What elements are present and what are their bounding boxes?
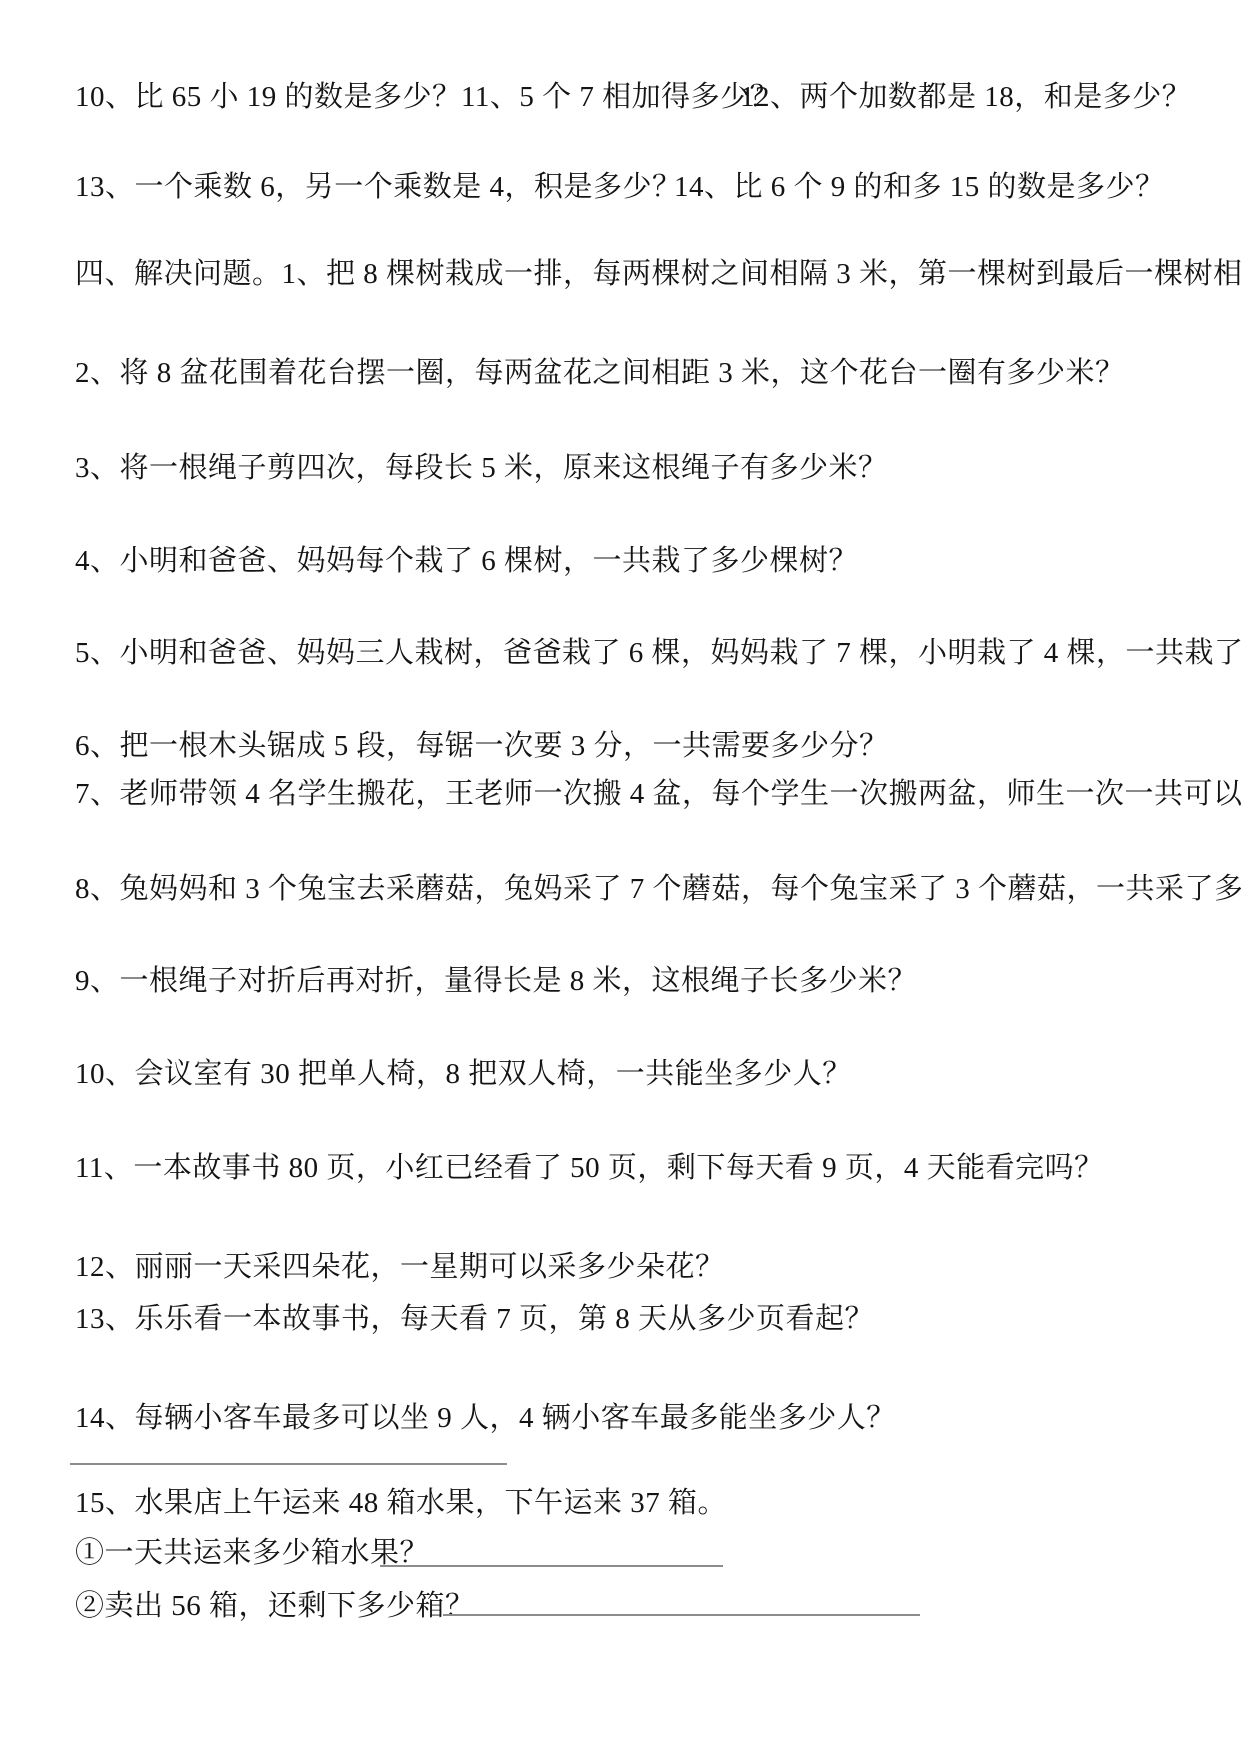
- question-line-p6: 6、把一根木头锯成 5 段，每锯一次要 3 分，一共需要多少分？: [0, 729, 1241, 769]
- question-text-p15-sub1: ①一天共运来多少箱水果？: [75, 1536, 429, 1570]
- question-line-q13-q14: 13、一个乘数 6，另一个乘数是 4，积是多少？14、比 6 个 9 的和多 1…: [0, 170, 1241, 210]
- question-text-section4-p1: 四、解决问题。1、把 8 棵树栽成一排，每两棵树之间相隔 3 米，第一棵树到最后…: [75, 257, 1241, 291]
- question-text-p10: 10、会议室有 30 把单人椅，8 把双人椅，一共能坐多少人？: [75, 1057, 852, 1091]
- question-text-p7: 7、老师带领 4 名学生搬花，王老师一次搬 4 盆，每个学生一次搬两盆，师生一次…: [75, 777, 1241, 811]
- question-line-p9: 9、一根绳子对折后再对折，量得长是 8 米，这根绳子长多少米？: [0, 964, 1241, 1004]
- question-line-p12: 12、丽丽一天采四朵花，一星期可以采多少朵花？: [0, 1250, 1241, 1290]
- question-line-p7: 7、老师带领 4 名学生搬花，王老师一次搬 4 盆，每个学生一次搬两盆，师生一次…: [0, 777, 1241, 817]
- question-line-p5: 5、小明和爸爸、妈妈三人栽树，爸爸栽了 6 棵，妈妈栽了 7 棵，小明栽了 4 …: [0, 636, 1241, 676]
- question-line-section4-p1: 四、解决问题。1、把 8 棵树栽成一排，每两棵树之间相隔 3 米，第一棵树到最后…: [0, 257, 1241, 297]
- question-text-p2: 2、将 8 盆花围着花台摆一圈，每两盆花之间相距 3 米，这个花台一圈有多少米？: [75, 356, 1125, 390]
- question-text-p12: 12、丽丽一天采四朵花，一星期可以采多少朵花？: [75, 1250, 725, 1284]
- question-text-q10-q11-q12-1: 10、比 65 小 19 的数是多少？: [75, 80, 462, 114]
- question-line-p2: 2、将 8 盆花围着花台摆一圈，每两盆花之间相距 3 米，这个花台一圈有多少米？: [0, 356, 1241, 396]
- answer-blank-after-q14: [70, 1463, 507, 1465]
- answer-blank-q15-sub2: [443, 1614, 920, 1616]
- question-text-p5: 5、小明和爸爸、妈妈三人栽树，爸爸栽了 6 棵，妈妈栽了 7 棵，小明栽了 4 …: [75, 636, 1241, 670]
- question-line-p14: 14、每辆小客车最多可以坐 9 人，4 辆小客车最多能坐多少人？: [0, 1401, 1241, 1441]
- question-line-q10-q11-q12: 10、比 65 小 19 的数是多少？11、5 个 7 相加得多少？12、两个加…: [0, 80, 1241, 120]
- question-line-p15: 15、水果店上午运来 48 箱水果，下午运来 37 箱。: [0, 1486, 1241, 1526]
- question-line-p13: 13、乐乐看一本故事书，每天看 7 页，第 8 天从多少页看起？: [0, 1302, 1241, 1342]
- answer-blank-q15-sub1: [380, 1565, 723, 1567]
- question-text-q13-q14-1: 13、一个乘数 6，另一个乘数是 4，积是多少？: [75, 170, 682, 204]
- question-text-p3: 3、将一根绳子剪四次，每段长 5 米，原来这根绳子有多少米？: [75, 451, 888, 485]
- question-line-p15-sub2: ②卖出 56 箱，还剩下多少箱？: [0, 1589, 1241, 1629]
- worksheet-page: 10、比 65 小 19 的数是多少？11、5 个 7 相加得多少？12、两个加…: [0, 0, 1241, 1754]
- question-text-p9: 9、一根绳子对折后再对折，量得长是 8 米，这根绳子长多少米？: [75, 964, 917, 998]
- question-text-q10-q11-q12-2: 11、5 个 7 相加得多少？: [461, 80, 779, 114]
- question-line-p11: 11、一本故事书 80 页，小红已经看了 50 页，剩下每天看 9 页，4 天能…: [0, 1151, 1241, 1191]
- question-text-p14: 14、每辆小客车最多可以坐 9 人，4 辆小客车最多能坐多少人？: [75, 1401, 896, 1435]
- question-text-p6: 6、把一根木头锯成 5 段，每锯一次要 3 分，一共需要多少分？: [75, 729, 889, 763]
- question-text-p13: 13、乐乐看一本故事书，每天看 7 页，第 8 天从多少页看起？: [75, 1302, 874, 1336]
- question-line-p8: 8、兔妈妈和 3 个兔宝去采蘑菇，兔妈采了 7 个蘑菇，每个兔宝采了 3 个蘑菇…: [0, 872, 1241, 912]
- question-text-p4: 4、小明和爸爸、妈妈每个栽了 6 棵树，一共栽了多少棵树？: [75, 544, 858, 578]
- question-text-p15: 15、水果店上午运来 48 箱水果，下午运来 37 箱。: [75, 1486, 727, 1520]
- question-text-p11: 11、一本故事书 80 页，小红已经看了 50 页，剩下每天看 9 页，4 天能…: [75, 1151, 1104, 1185]
- question-text-q13-q14-2: 14、比 6 个 9 的和多 15 的数是多少？: [674, 170, 1165, 204]
- question-line-p10: 10、会议室有 30 把单人椅，8 把双人椅，一共能坐多少人？: [0, 1057, 1241, 1097]
- question-line-p15-sub1: ①一天共运来多少箱水果？: [0, 1536, 1241, 1576]
- question-text-p8: 8、兔妈妈和 3 个兔宝去采蘑菇，兔妈采了 7 个蘑菇，每个兔宝采了 3 个蘑菇…: [75, 872, 1241, 906]
- question-line-p3: 3、将一根绳子剪四次，每段长 5 米，原来这根绳子有多少米？: [0, 451, 1241, 491]
- question-text-p15-sub2: ②卖出 56 箱，还剩下多少箱？: [75, 1589, 475, 1623]
- question-line-p4: 4、小明和爸爸、妈妈每个栽了 6 棵树，一共栽了多少棵树？: [0, 544, 1241, 584]
- question-text-q10-q11-q12-3: 12、两个加数都是 18，和是多少？: [740, 80, 1191, 114]
